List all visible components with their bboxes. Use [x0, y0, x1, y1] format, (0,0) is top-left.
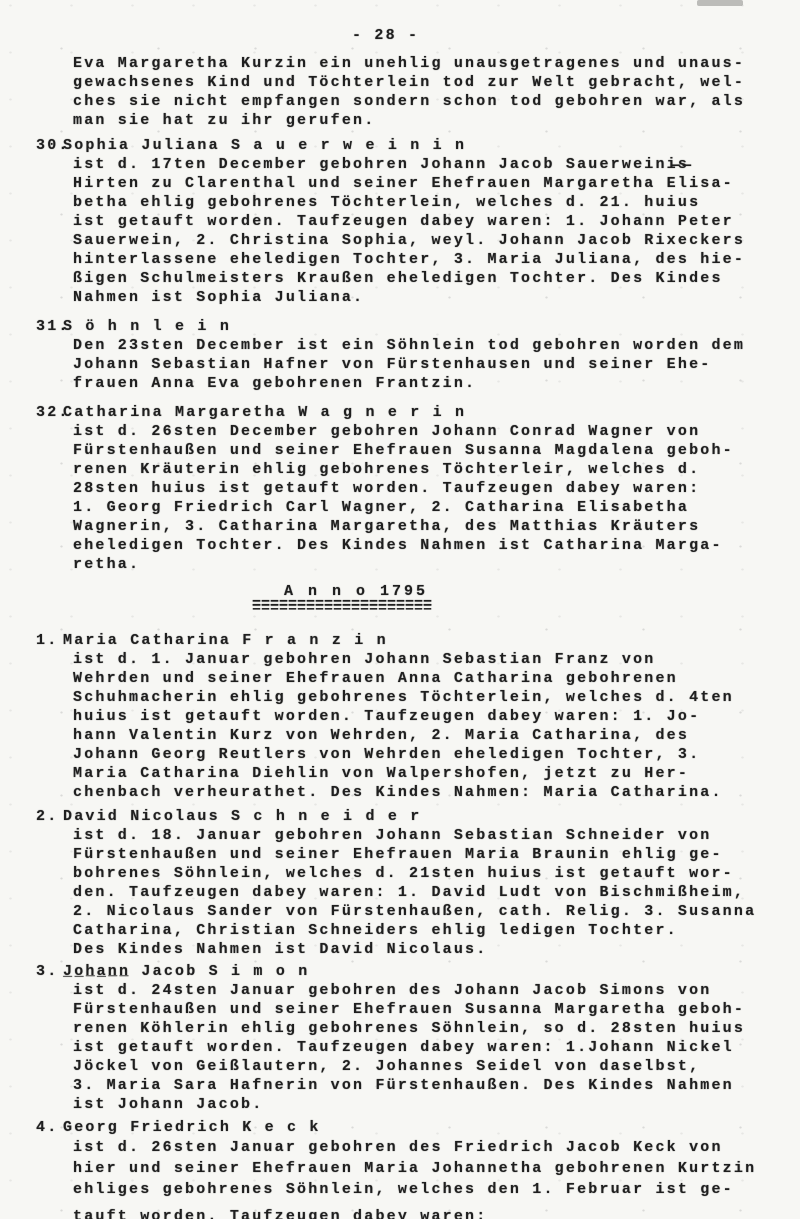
text-line: renen Köhlerin ehlig gebohrenes Söhnlein…: [73, 1019, 790, 1038]
text-line: Hirten zu Clarenthal und seiner Ehefraue…: [73, 174, 790, 193]
text-line: Wehrden und seiner Ehefrauen Anna Cathar…: [73, 669, 790, 688]
entry-number: 2.: [36, 807, 63, 959]
entry-number: 31.: [36, 317, 63, 393]
text-line: 3. Maria Sara Hafnerin von Fürstenhaußen…: [73, 1076, 790, 1095]
text-line: 2. Nicolaus Sander von Fürstenhaußen, ca…: [73, 902, 790, 921]
entry-number: 30.: [36, 136, 63, 307]
text-line: Maria Catharina Diehlin von Walpershofen…: [73, 764, 790, 783]
text-line: retha.: [73, 555, 790, 574]
text-line: hinterlassene eheledigen Tochter, 3. Mar…: [73, 250, 790, 269]
text-line: gewachsenes Kind und Töchterlein tod zur…: [73, 73, 760, 92]
text-line: huius ist getauft worden. Taufzeugen dab…: [73, 707, 790, 726]
entry-body: Maria Catharina F r a n z i nist d. 1. J…: [63, 631, 790, 802]
scanned-document-page: - 28 - Eva Margaretha Kurzin ein unehlig…: [0, 0, 800, 1219]
text-line: ist getauft worden. Taufzeugen dabey war…: [73, 1038, 790, 1057]
text-line: ist d. 26sten Januar gebohren des Friedr…: [73, 1137, 790, 1158]
entry-number: 4.: [36, 1118, 63, 1219]
text-line: hann Valentin Kurz von Wehrden, 2. Maria…: [73, 726, 790, 745]
entry-body: S ö h n l e i nDen 23sten December ist e…: [63, 317, 790, 393]
text-line: 28sten huius ist getauft worden. Taufzeu…: [73, 479, 790, 498]
text-line: ist Johann Jacob.: [73, 1095, 790, 1114]
text-line: eheledigen Tochter. Des Kindes Nahmen is…: [73, 536, 790, 555]
text-line: man sie hat zu ihr gerufen.: [73, 111, 760, 130]
entries-section-1794: 30.Sophia Juliana S a u e r w e i n i ni…: [0, 136, 800, 574]
text-line: Eva Margaretha Kurzin ein unehlig unausg…: [73, 54, 760, 73]
register-entry-3: 3.J̲o̲h̲a̲n̲n̲ Jacob S i m o nist d. 24s…: [36, 962, 790, 1114]
register-entry-30: 30.Sophia Juliana S a u e r w e i n i ni…: [36, 136, 790, 307]
entry-number: 3.: [36, 962, 63, 1114]
register-entry-1: 1.Maria Catharina F r a n z i nist d. 1.…: [36, 631, 790, 802]
register-entry-2: 2.David Nicolaus S c h n e i d e rist d.…: [36, 807, 790, 959]
text-line: Fürstenhaußen und seiner Ehefrauen Maria…: [73, 845, 790, 864]
entry-heading: J̲o̲h̲a̲n̲n̲ Jacob S i m o n: [63, 962, 790, 981]
text-line: hier und seiner Ehefrauen Maria Johannet…: [73, 1158, 790, 1179]
text-line: chenbach verheurathet. Des Kindes Nahmen…: [73, 783, 790, 802]
intro-paragraph: Eva Margaretha Kurzin ein unehlig unausg…: [73, 54, 760, 130]
text-line: bohrenes Söhnlein, welches d. 21sten hui…: [73, 864, 790, 883]
text-line: Nahmen ist Sophia Juliana.: [73, 288, 790, 307]
text-line: Schuhmacherin ehlig gebohrenes Töchterle…: [73, 688, 790, 707]
text-line: Johann Georg Reutlers von Wehrden eheled…: [73, 745, 790, 764]
register-entry-4: 4.Georg Friedrich K e c kist d. 26sten J…: [36, 1118, 790, 1219]
text-line: renen Kräuterin ehlig gebohrenes Töchter…: [73, 460, 790, 479]
entry-heading: David Nicolaus S c h n e i d e r: [63, 807, 790, 826]
entry-heading: Sophia Juliana S a u e r w e i n i n: [63, 136, 790, 155]
register-entry-32: 32.Catharina Margaretha W a g n e r i ni…: [36, 403, 790, 574]
text-line: Des Kindes Nahmen ist David Nicolaus.: [73, 940, 790, 959]
text-line: Fürstenhaußen und seiner Ehefrauen Susan…: [73, 441, 790, 460]
entry-body: David Nicolaus S c h n e i d e rist d. 1…: [63, 807, 790, 959]
text-line: Jöckel von Geißlautern, 2. Johannes Seid…: [73, 1057, 790, 1076]
entry-number: 32.: [36, 403, 63, 574]
page-number: - 28 -: [352, 26, 800, 45]
entry-heading: Maria Catharina F r a n z i n: [63, 631, 790, 650]
entry-heading: Catharina Margaretha W a g n e r i n: [63, 403, 790, 422]
text-line: ist d. 17ten December gebohren Johann Ja…: [73, 155, 790, 174]
text-line: Fürstenhaußen und seiner Ehefrauen Susan…: [73, 1000, 790, 1019]
text-line: betha ehlig gebohrenes Töchterlein, welc…: [73, 193, 790, 212]
text-line: Wagnerin, 3. Catharina Margaretha, des M…: [73, 517, 790, 536]
text-line: ist d. 24sten Januar gebohren des Johann…: [73, 981, 790, 1000]
anno-section-heading: A n n o 1795 ====================: [252, 582, 482, 617]
text-line: ist getauft worden. Taufzeugen dabey war…: [73, 212, 790, 231]
text-line: ehliges gebohrenes Söhnlein, welches den…: [73, 1179, 790, 1200]
text-line: ist d. 1. Januar gebohren Johann Sebasti…: [73, 650, 790, 669]
entry-heading: Georg Friedrich K e c k: [63, 1118, 790, 1137]
anno-underline: ====================: [252, 601, 482, 617]
text-line: Catharina, Christian Schneiders ehlig le…: [73, 921, 790, 940]
text-line: ist d. 18. Januar gebohren Johann Sebast…: [73, 826, 790, 845]
entry-body: Georg Friedrich K e c kist d. 26sten Jan…: [63, 1118, 790, 1219]
entry-heading: S ö h n l e i n: [63, 317, 790, 336]
entry-number: 1.: [36, 631, 63, 802]
scan-artifact-smudge: [697, 0, 743, 6]
text-line: Den 23sten December ist ein Söhnlein tod…: [73, 336, 790, 355]
entry-body: J̲o̲h̲a̲n̲n̲ Jacob S i m o nist d. 24ste…: [63, 962, 790, 1114]
text-line: 1. Georg Friedrich Carl Wagner, 2. Catha…: [73, 498, 790, 517]
entry-body: Catharina Margaretha W a g n e r i nist …: [63, 403, 790, 574]
entries-section-1795: 1.Maria Catharina F r a n z i nist d. 1.…: [0, 631, 800, 1219]
text-line: ist d. 26sten December gebohren Johann C…: [73, 422, 790, 441]
text-line: Sauerwein, 2. Christina Sophia, weyl. Jo…: [73, 231, 790, 250]
text-line: ßigen Schulmeisters Kraußen eheledigen T…: [73, 269, 790, 288]
text-line: ches sie nicht empfangen sondern schon t…: [73, 92, 760, 111]
entry-body: Sophia Juliana S a u e r w e i n i nist …: [63, 136, 790, 307]
text-line: Johann Sebastian Hafner von Fürstenhause…: [73, 355, 790, 374]
text-line: den. Taufzeugen dabey waren: 1. David Lu…: [73, 883, 790, 902]
register-entry-31: 31.S ö h n l e i nDen 23sten December is…: [36, 317, 790, 393]
text-line: tauft worden. Taufzeugen dabey waren:: [73, 1206, 790, 1219]
text-line: frauen Anna Eva gebohrenen Frantzin.: [73, 374, 790, 393]
